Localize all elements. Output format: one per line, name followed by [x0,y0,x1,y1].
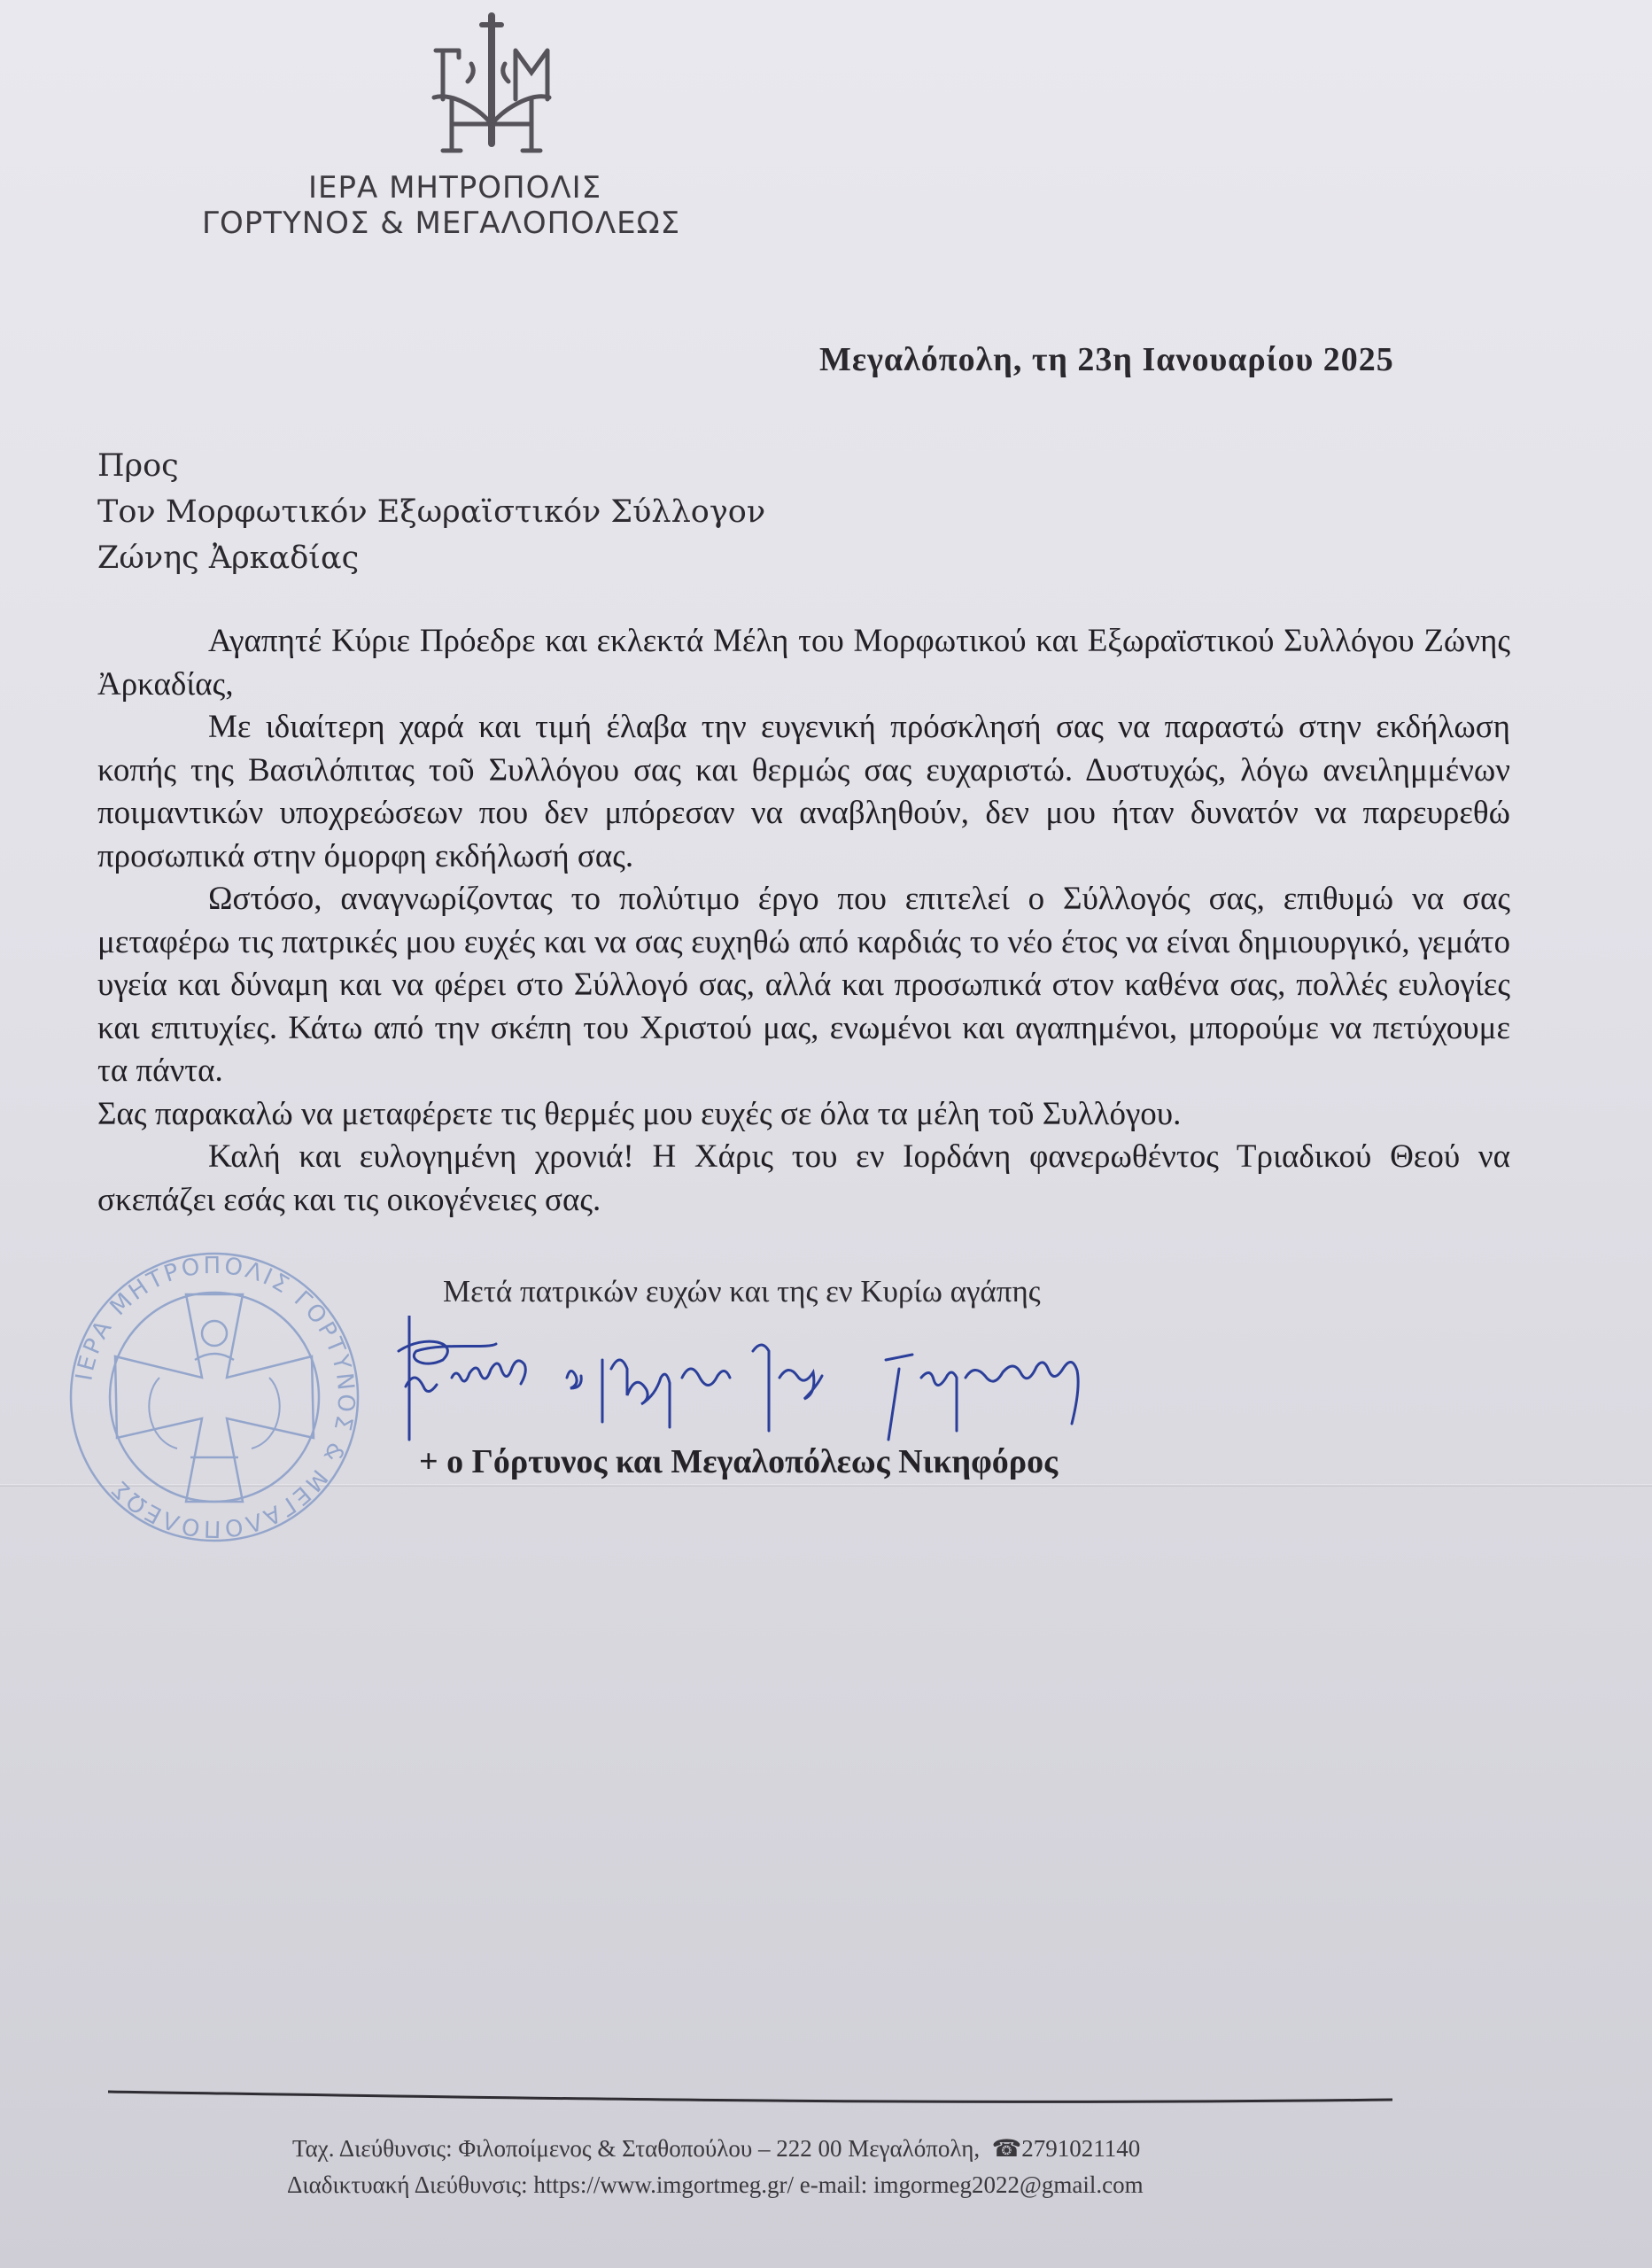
monogram-cross-icon [416,11,567,157]
letter-body: Αγαπητέ Κύριε Πρόεδρε και εκλεκτά Μέλη τ… [97,620,1510,1222]
footer-contact: Ταχ. Διεύθυνσις: Φιλοποίμενος & Σταθοπού… [292,2131,1355,2203]
body-paragraph-1: Με ιδιαίτερη χαρά και τιμή έλαβα την ευγ… [97,706,1510,878]
footer-phone: 2791021140 [1021,2135,1140,2162]
footer-divider [108,2086,1392,2113]
body-paragraph-2: Ωστόσο, αναγνωρίζοντας το πολύτιμο έργο … [97,878,1510,1093]
recipient-line-1: Προς [97,443,765,489]
recipient-block: Προς Τον Μορφωτικόν Εξωραϊστικόν Σύλλογο… [97,443,765,581]
org-line-2: ΓΟΡΤΥΝΟΣ & ΜΕΓΑΛΟΠΟΛΕΩΣ [202,206,840,241]
telephone-icon: ☎ [986,2135,1021,2162]
signer-name: + ο Γόρτυνος και Μεγαλοπόλεως Νικηφόρος [419,1442,1058,1481]
handwritten-signature [390,1316,1169,1449]
organization-name: ΙΕΡΑ ΜΗΤΡΟΠΟΛΙΣ ΓΟΡΤΥΝΟΣ & ΜΕΓΑΛΟΠΟΛΕΩΣ [202,170,840,241]
seal-stamp-icon: ΙΕΡΑ ΜΗΤΡΟΠΟΛΙΣ ΓΟΡΤΥΝΟΣ & ΜΕΓΑΛΟΠΟΛΕΩΣ [62,1245,368,1550]
footer-web: Διαδικτυακή Διεύθυνσις: https://www.imgo… [287,2167,1355,2203]
salutation: Αγαπητέ Κύριε Πρόεδρε και εκλεκτά Μέλη τ… [97,620,1510,706]
recipient-line-3: Ζώνης Ἀρκαδίας [97,535,765,581]
footer-address: Ταχ. Διεύθυνσις: Φιλοποίμενος & Σταθοπού… [292,2135,980,2162]
body-paragraph-3: Σας παρακαλώ να μεταφέρετε τις θερμές μο… [97,1093,1510,1137]
footer-address-row: Ταχ. Διεύθυνσις: Φιλοποίμενος & Σταθοπού… [292,2131,1355,2167]
closing-phrase: Μετά πατρικών ευχών και της εν Κυρίω αγά… [443,1274,1041,1309]
recipient-line-2: Τον Μορφωτικόν Εξωραϊστικόν Σύλλογον [97,489,765,535]
body-paragraph-4: Καλή και ευλογημένη χρονιά! Η Χάρις του … [97,1136,1510,1222]
date-line: Μεγαλόπολη, τη 23η Ιανουαρίου 2025 [819,340,1394,379]
org-line-1: ΙΕΡΑ ΜΗΤΡΟΠΟΛΙΣ [202,170,840,206]
